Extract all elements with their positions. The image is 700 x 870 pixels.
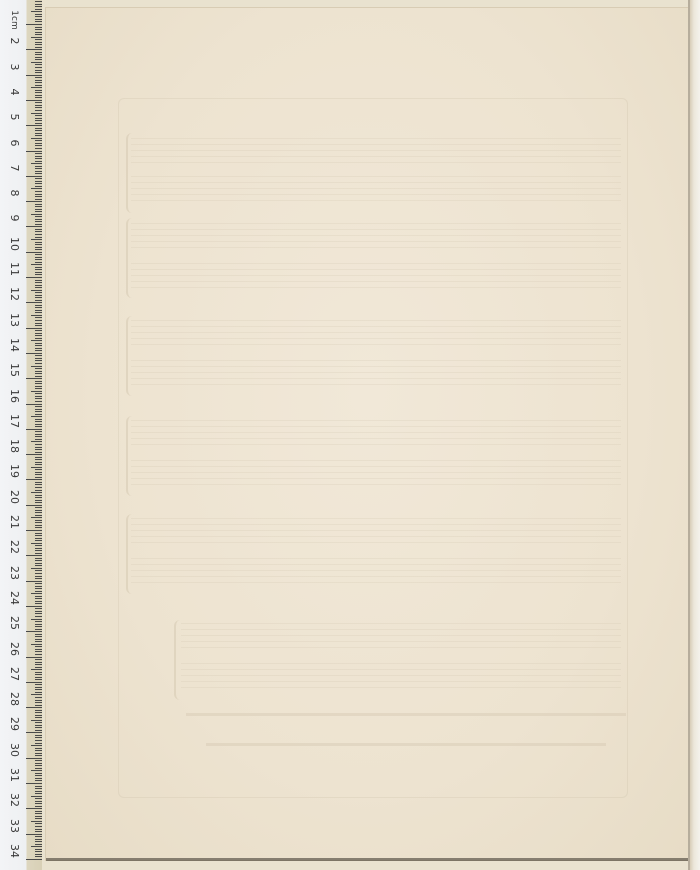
ruler-tick	[31, 492, 42, 493]
ruler-tick	[35, 636, 42, 637]
ruler-tick	[35, 459, 42, 460]
ruler-label: 32	[8, 789, 20, 811]
ruler-tick	[35, 21, 42, 22]
ruler-tick	[35, 421, 42, 422]
ruler-tick	[35, 849, 42, 850]
ruler-tick	[35, 811, 42, 812]
ruler-tick	[26, 302, 42, 303]
ruler-tick	[35, 641, 42, 642]
ruler-tick	[35, 209, 42, 210]
ruler-tick	[35, 44, 42, 45]
ruler-tick	[35, 702, 42, 703]
ruler-tick	[26, 252, 42, 253]
ruler-tick	[35, 525, 42, 526]
ruler-tick	[31, 290, 42, 291]
ruler-label: 7	[8, 157, 20, 179]
ruler-tick	[35, 219, 42, 220]
ruler-tick	[35, 305, 42, 306]
ruler-tick	[35, 700, 42, 701]
ruler-label: 10	[8, 233, 20, 255]
ruler-tick	[26, 859, 42, 860]
ruler-tick	[31, 163, 42, 164]
ruler-tick	[35, 196, 42, 197]
ruler-tick	[35, 727, 42, 728]
ruler-tick	[35, 431, 42, 432]
ruler-tick	[35, 269, 42, 270]
ruler-tick	[35, 168, 42, 169]
ruler-tick	[35, 449, 42, 450]
ruler-tick	[31, 62, 42, 63]
ruler-tick	[35, 133, 42, 134]
ruler-tick	[35, 234, 42, 235]
ruler-tick	[35, 710, 42, 711]
ruler-tick	[35, 419, 42, 420]
ruler-tick	[31, 467, 42, 468]
ruler-tick	[35, 211, 42, 212]
ruler-tick	[35, 768, 42, 769]
scanned-page	[46, 8, 690, 860]
ruler-tick	[35, 95, 42, 96]
ruler-tick	[35, 725, 42, 726]
ruler-label: 16	[8, 385, 20, 407]
ruler-label: 24	[8, 587, 20, 609]
ruler-tick	[35, 689, 42, 690]
ruler-tick	[35, 426, 42, 427]
ruler-tick	[35, 368, 42, 369]
ruler-tick	[35, 654, 42, 655]
ruler-tick	[35, 472, 42, 473]
ruler-label: 25	[8, 612, 20, 634]
ruler-label: 5	[8, 106, 20, 128]
ruler-tick	[35, 259, 42, 260]
ruler-tick	[35, 591, 42, 592]
ruler-tick	[35, 300, 42, 301]
ruler-tick	[31, 846, 42, 847]
ruler-tick	[35, 626, 42, 627]
ruler-tick	[35, 343, 42, 344]
ruler-tick	[35, 692, 42, 693]
ruler-tick	[35, 586, 42, 587]
ruler-tick	[26, 732, 42, 733]
ruler-tick	[35, 376, 42, 377]
ruler-tick	[35, 330, 42, 331]
ruler-tick	[31, 37, 42, 38]
ruler-tick	[35, 806, 42, 807]
ruler-tick	[35, 596, 42, 597]
ruler-tick	[35, 57, 42, 58]
ruler-tick	[35, 500, 42, 501]
ruler-label: 22	[8, 536, 20, 558]
ruler-tick	[35, 82, 42, 83]
ruler-tick	[26, 49, 42, 50]
ruler-tick	[26, 783, 42, 784]
ruler-tick	[35, 310, 42, 311]
ruler-label: 20	[8, 486, 20, 508]
ruler-tick	[35, 221, 42, 222]
ruler-label: 29	[8, 713, 20, 735]
ruler-tick	[31, 441, 42, 442]
ruler-tick	[35, 32, 42, 33]
ruler-tick	[31, 619, 42, 620]
bleed-staff	[181, 623, 621, 653]
ruler-tick	[35, 490, 42, 491]
ruler-tick	[31, 416, 42, 417]
ruler-tick	[35, 705, 42, 706]
ruler-tick	[35, 712, 42, 713]
ruler-label: 11	[8, 258, 20, 280]
ruler-tick	[35, 280, 42, 281]
ruler-tick	[35, 388, 42, 389]
ruler-tick	[26, 682, 42, 683]
ruler-tick	[35, 558, 42, 559]
ruler-tick	[35, 186, 42, 187]
ruler-tick	[35, 325, 42, 326]
ruler-tick	[35, 818, 42, 819]
ruler-label: 17	[8, 410, 20, 432]
ruler-tick	[31, 593, 42, 594]
ruler-tick	[35, 393, 42, 394]
ruler-tick	[35, 717, 42, 718]
bleed-staff	[181, 663, 621, 693]
ruler-tick	[35, 350, 42, 351]
ruler-tick	[35, 171, 42, 172]
ruler-tick	[35, 735, 42, 736]
bleed-staff	[131, 223, 621, 253]
ruler-tick	[35, 836, 42, 837]
ruler-tick	[35, 793, 42, 794]
ruler-label: 33	[8, 815, 20, 837]
ruler-tick	[35, 320, 42, 321]
ruler-tick	[35, 335, 42, 336]
ruler-tick	[26, 555, 42, 556]
ruler-tick	[35, 424, 42, 425]
ruler-tick	[35, 396, 42, 397]
ruler-tick	[26, 581, 42, 582]
ruler-tick	[35, 831, 42, 832]
bleed-staff	[131, 360, 621, 390]
ruler-tick	[26, 277, 42, 278]
ruler-tick	[35, 823, 42, 824]
ruler-tick	[26, 631, 42, 632]
ruler-tick	[35, 181, 42, 182]
ruler-tick	[35, 97, 42, 98]
ruler-tick	[35, 242, 42, 243]
ruler-tick	[35, 406, 42, 407]
ruler-tick	[35, 348, 42, 349]
ruler-tick	[35, 102, 42, 103]
ruler-tick	[35, 687, 42, 688]
ruler-tick	[26, 834, 42, 835]
ruler-tick	[35, 722, 42, 723]
ruler-tick	[26, 657, 42, 658]
ruler-tick	[35, 333, 42, 334]
ruler-tick	[35, 462, 42, 463]
ruler-tick	[35, 540, 42, 541]
ruler-tick	[35, 672, 42, 673]
ruler-tick	[35, 856, 42, 857]
ruler-tick	[35, 72, 42, 73]
ruler-tick	[35, 538, 42, 539]
ruler-tick	[35, 570, 42, 571]
ruler-tick	[26, 151, 42, 152]
ruler-tick	[35, 573, 42, 574]
ruler-tick	[35, 854, 42, 855]
ruler-tick	[35, 158, 42, 159]
ruler-tick	[35, 295, 42, 296]
ruler-tick	[31, 340, 42, 341]
ruler-tick	[35, 206, 42, 207]
ruler-tick	[35, 77, 42, 78]
ruler-tick	[35, 674, 42, 675]
ruler-tick	[35, 254, 42, 255]
ruler-tick	[31, 264, 42, 265]
ruler-tick	[35, 173, 42, 174]
ruler-tick	[26, 429, 42, 430]
ruler-tick	[35, 6, 42, 7]
ruler-tick	[35, 323, 42, 324]
ruler-tick	[35, 634, 42, 635]
bleed-staff	[131, 138, 621, 168]
ruler-tick	[35, 140, 42, 141]
ruler-tick	[35, 54, 42, 55]
ruler-tick	[31, 113, 42, 114]
ruler-tick	[35, 750, 42, 751]
ruler-tick	[35, 358, 42, 359]
ruler-tick	[35, 29, 42, 30]
measuring-ruler: 1cm 234567891011121314151617181920212223…	[0, 0, 42, 870]
ruler-tick	[35, 844, 42, 845]
ruler-tick	[35, 469, 42, 470]
ruler-tick	[35, 646, 42, 647]
ruler-tick	[31, 366, 42, 367]
ruler-tick	[35, 621, 42, 622]
ruler-tick	[35, 52, 42, 53]
ruler-tick	[35, 237, 42, 238]
ruler-tick	[35, 780, 42, 781]
ruler-tick	[35, 616, 42, 617]
ruler-tick	[35, 128, 42, 129]
ruler-tick	[35, 535, 42, 536]
ruler-tick	[35, 398, 42, 399]
ruler-tick	[35, 588, 42, 589]
ruler-tick	[35, 753, 42, 754]
ruler-tick	[35, 123, 42, 124]
ruler-tick	[31, 214, 42, 215]
ruler-tick	[35, 565, 42, 566]
adjacent-page-edge	[690, 0, 700, 870]
bleed-staff	[131, 518, 621, 548]
ruler-tick	[35, 120, 42, 121]
ruler-tick	[35, 515, 42, 516]
ruler-tick	[35, 292, 42, 293]
ruler-tick	[26, 505, 42, 506]
ruler-tick	[31, 517, 42, 518]
ruler-tick	[26, 758, 42, 759]
ruler-tick	[26, 808, 42, 809]
ruler-tick	[26, 404, 42, 405]
ruler-label: 3	[8, 56, 20, 78]
ruler-tick	[35, 59, 42, 60]
ruler-tick	[35, 414, 42, 415]
ruler-tick	[26, 707, 42, 708]
ruler-tick	[35, 839, 42, 840]
ruler-tick	[31, 694, 42, 695]
ruler-tick	[26, 378, 42, 379]
ruler-label: 18	[8, 435, 20, 457]
ruler-tick	[35, 381, 42, 382]
ruler-tick	[35, 92, 42, 93]
ruler-tick	[35, 484, 42, 485]
ruler-tick	[31, 188, 42, 189]
ruler-tick	[31, 11, 42, 12]
ruler-tick	[35, 4, 42, 5]
ruler-tick	[35, 563, 42, 564]
ruler-tick	[35, 67, 42, 68]
ruler-tick	[35, 287, 42, 288]
ruler-label: 19	[8, 460, 20, 482]
ruler-unit-label: 1cm	[8, 9, 20, 31]
bleed-staff	[131, 176, 621, 206]
ruler-tick	[35, 115, 42, 116]
ruler-tick	[35, 786, 42, 787]
ruler-tick	[31, 138, 42, 139]
ruler-tick	[35, 307, 42, 308]
ruler-tick	[35, 851, 42, 852]
bleed-caption-line	[206, 743, 606, 746]
ruler-label: 13	[8, 309, 20, 331]
ruler-tick	[35, 730, 42, 731]
ruler-tick	[26, 454, 42, 455]
ruler-tick	[35, 345, 42, 346]
ruler-tick	[35, 457, 42, 458]
ruler-label: 4	[8, 81, 20, 103]
ruler-label: 31	[8, 764, 20, 786]
ruler-tick	[35, 743, 42, 744]
ruler-tick	[35, 312, 42, 313]
ruler-tick	[35, 80, 42, 81]
ruler-tick	[35, 740, 42, 741]
ruler-tick	[35, 748, 42, 749]
ruler-tick	[35, 436, 42, 437]
ruler-tick	[35, 522, 42, 523]
ruler-tick	[26, 100, 42, 101]
ruler-label: 9	[8, 207, 20, 229]
ruler-tick	[35, 285, 42, 286]
ruler-tick	[35, 778, 42, 779]
ruler-tick	[35, 482, 42, 483]
ruler-tick	[35, 667, 42, 668]
ruler-tick	[35, 447, 42, 448]
ruler-tick	[35, 64, 42, 65]
ruler-tick	[35, 183, 42, 184]
ruler-tick	[31, 669, 42, 670]
ruler-tick	[35, 583, 42, 584]
ruler-tick	[35, 90, 42, 91]
ruler-tick	[35, 664, 42, 665]
ruler-tick	[26, 24, 42, 25]
ruler-tick	[35, 274, 42, 275]
ruler-tick	[35, 649, 42, 650]
ruler-label: 34	[8, 840, 20, 862]
ruler-tick	[35, 110, 42, 111]
ruler-label: 27	[8, 663, 20, 685]
ruler-tick	[35, 247, 42, 248]
ruler-tick	[35, 829, 42, 830]
ruler-tick	[35, 755, 42, 756]
ruler-tick	[35, 662, 42, 663]
ruler-tick	[35, 775, 42, 776]
ruler-tick	[35, 153, 42, 154]
ruler-tick	[35, 191, 42, 192]
ruler-tick	[31, 568, 42, 569]
ruler-tick	[31, 745, 42, 746]
ruler-tick	[35, 27, 42, 28]
ruler-tick	[35, 244, 42, 245]
ruler-tick	[35, 145, 42, 146]
ruler-tick	[35, 578, 42, 579]
ruler-tick	[31, 543, 42, 544]
ruler-tick	[31, 720, 42, 721]
ruler-tick	[35, 130, 42, 131]
ruler-tick	[31, 644, 42, 645]
ruler-tick	[35, 105, 42, 106]
ruler-tick	[35, 826, 42, 827]
ruler-tick	[35, 813, 42, 814]
ruler-tick	[35, 386, 42, 387]
ruler-tick	[35, 317, 42, 318]
ruler-label: 21	[8, 511, 20, 533]
ruler-tick	[35, 477, 42, 478]
ruler-tick	[26, 479, 42, 480]
ruler-tick	[35, 497, 42, 498]
ruler-tick	[35, 166, 42, 167]
ruler-tick	[31, 391, 42, 392]
ruler-tick	[35, 16, 42, 17]
ruler-label: 6	[8, 132, 20, 154]
ruler-tick	[35, 464, 42, 465]
ruler-tick	[35, 267, 42, 268]
ruler-tick	[31, 770, 42, 771]
ruler-tick	[35, 773, 42, 774]
ruler-tick	[35, 156, 42, 157]
bleed-staff	[131, 320, 621, 350]
page-bottom-edge	[46, 858, 691, 861]
ruler-tick	[35, 257, 42, 258]
bleed-staff	[131, 263, 621, 293]
ruler-tick	[35, 576, 42, 577]
ruler-tick	[35, 262, 42, 263]
ruler-tick	[35, 148, 42, 149]
ruler-tick	[26, 75, 42, 76]
ruler-tick	[26, 176, 42, 177]
ruler-tick	[35, 677, 42, 678]
ruler-tick	[35, 282, 42, 283]
ruler-tick	[35, 550, 42, 551]
ruler-tick	[35, 507, 42, 508]
ruler-tick	[35, 272, 42, 273]
ruler-tick	[35, 355, 42, 356]
ruler-tick	[35, 474, 42, 475]
ruler-tick	[31, 796, 42, 797]
ruler-tick	[35, 697, 42, 698]
bleed-caption-line	[186, 713, 626, 716]
ruler-label: 2	[8, 30, 20, 52]
ruler-tick	[35, 608, 42, 609]
ruler-tick	[35, 338, 42, 339]
ruler-tick	[35, 502, 42, 503]
ruler-tick	[35, 560, 42, 561]
ruler-tick	[35, 841, 42, 842]
